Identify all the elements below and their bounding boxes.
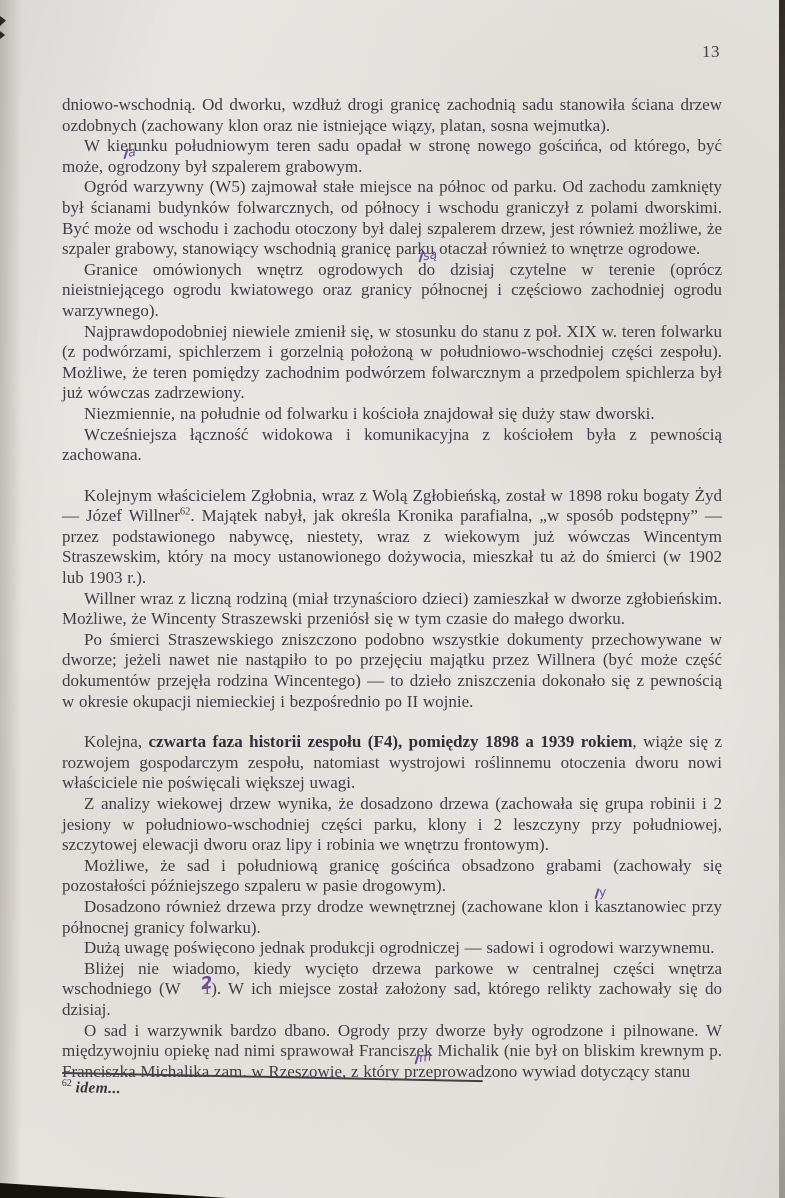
text-run: przeprowadzono wywiad dotyczący stanu: [399, 1062, 690, 1081]
paragraph: dniowo-wschodnią. Od dworku, wzdłuż drog…: [62, 95, 722, 136]
scanned-page: 13 dniowo-wschodnią. Od dworku, wzdłuż d…: [0, 0, 785, 1198]
paragraph: Dużą uwagę poświęcono jednak produkcji o…: [62, 938, 722, 959]
page-number: 13: [62, 42, 722, 62]
text-run: Najprawdopodobniej niewiele zmienił się,…: [62, 322, 722, 403]
paragraph: Najprawdopodobniej niewiele zmienił się,…: [62, 322, 722, 404]
paragraph: Kolejna, czwarta faza historii zespołu (…: [62, 732, 722, 794]
paragraph: Wcześniejsza łączność widokowa i komunik…: [62, 425, 722, 466]
paragraph: Niezmiennie, na południe od folwarku i k…: [62, 404, 722, 425]
paragraph: Bliżej nie wiadomo, kiedy wycięto drzewa…: [62, 959, 722, 1021]
text-run: Granice omówionych wnętrz ogrodowych: [84, 260, 403, 279]
footnote-ref: 62: [180, 507, 191, 518]
text-run: Wcześniejsza łączność widokowa i komunik…: [62, 425, 722, 465]
text-run: Po śmierci Straszewskiego zniszczono pod…: [62, 630, 722, 711]
text-run: ogrodzony był szpalerem grabowym.: [108, 157, 363, 176]
paragraph: Po śmierci Straszewskiego zniszczono pod…: [62, 630, 722, 712]
text-run: Kolejna,: [84, 732, 149, 751]
footnote-marker: 62: [62, 1078, 72, 1089]
paragraph: Możliwe, że sad i południową granicę goś…: [62, 856, 722, 897]
scan-artifact-speck: [0, 16, 6, 26]
paragraph: W kierunku południowym teren sadu opadał…: [62, 136, 722, 177]
body-paragraphs: dniowo-wschodnią. Od dworku, wzdłuż drog…: [62, 95, 722, 1082]
text-run: Możliwe, że sad i południową granicę goś…: [62, 856, 722, 896]
text-run: dniowo-wschodnią. Od dworku, wzdłuż drog…: [62, 95, 722, 135]
footnote-text: idem...: [75, 1079, 121, 1097]
paragraph: Z analizy wiekowej drzew wynika, że dosa…: [62, 794, 722, 856]
page-content: 13 dniowo-wschodnią. Od dworku, wzdłuż d…: [62, 42, 722, 1082]
paragraph: Kolejnym właścicielem Zgłobnia, wraz z W…: [62, 486, 722, 589]
scan-artifact-speck: [0, 31, 5, 39]
text-run: Niezmiennie, na południe od folwarku i k…: [84, 404, 655, 423]
text-run: Z analizy wiekowej drzew wynika, że dosa…: [62, 794, 722, 854]
scan-artifact-right-edge: [779, 0, 785, 1198]
footnote: 62 idem...: [62, 1079, 722, 1110]
handwritten-overwrite: 12: [181, 979, 212, 1000]
scan-artifact-bottom-wedge: [0, 1183, 228, 1198]
paragraph: Dosadzono również drzewa przy drodze wew…: [62, 897, 722, 938]
scan-artifact-left-shadow: [0, 0, 22, 1198]
text-run: Dużą uwagę poświęcono jednak produkcji o…: [84, 938, 715, 957]
paragraph: Granice omówionych wnętrz ogrodowychsą d…: [62, 260, 722, 322]
text-run: Willner wraz z liczną rodziną (miał trzy…: [62, 589, 722, 629]
text-run: Dosadzono również drzewa przy drodze wew…: [84, 897, 579, 916]
paragraph: Ogród warzywny (W5) zajmował stałe miejs…: [62, 177, 722, 259]
bold-text: czwarta faza historii zespołu (F4), pomi…: [149, 732, 633, 751]
text-run: Ogród warzywny (W5) zajmował stałe miejs…: [62, 177, 722, 258]
paragraph: Willner wraz z liczną rodziną (miał trzy…: [62, 589, 722, 630]
